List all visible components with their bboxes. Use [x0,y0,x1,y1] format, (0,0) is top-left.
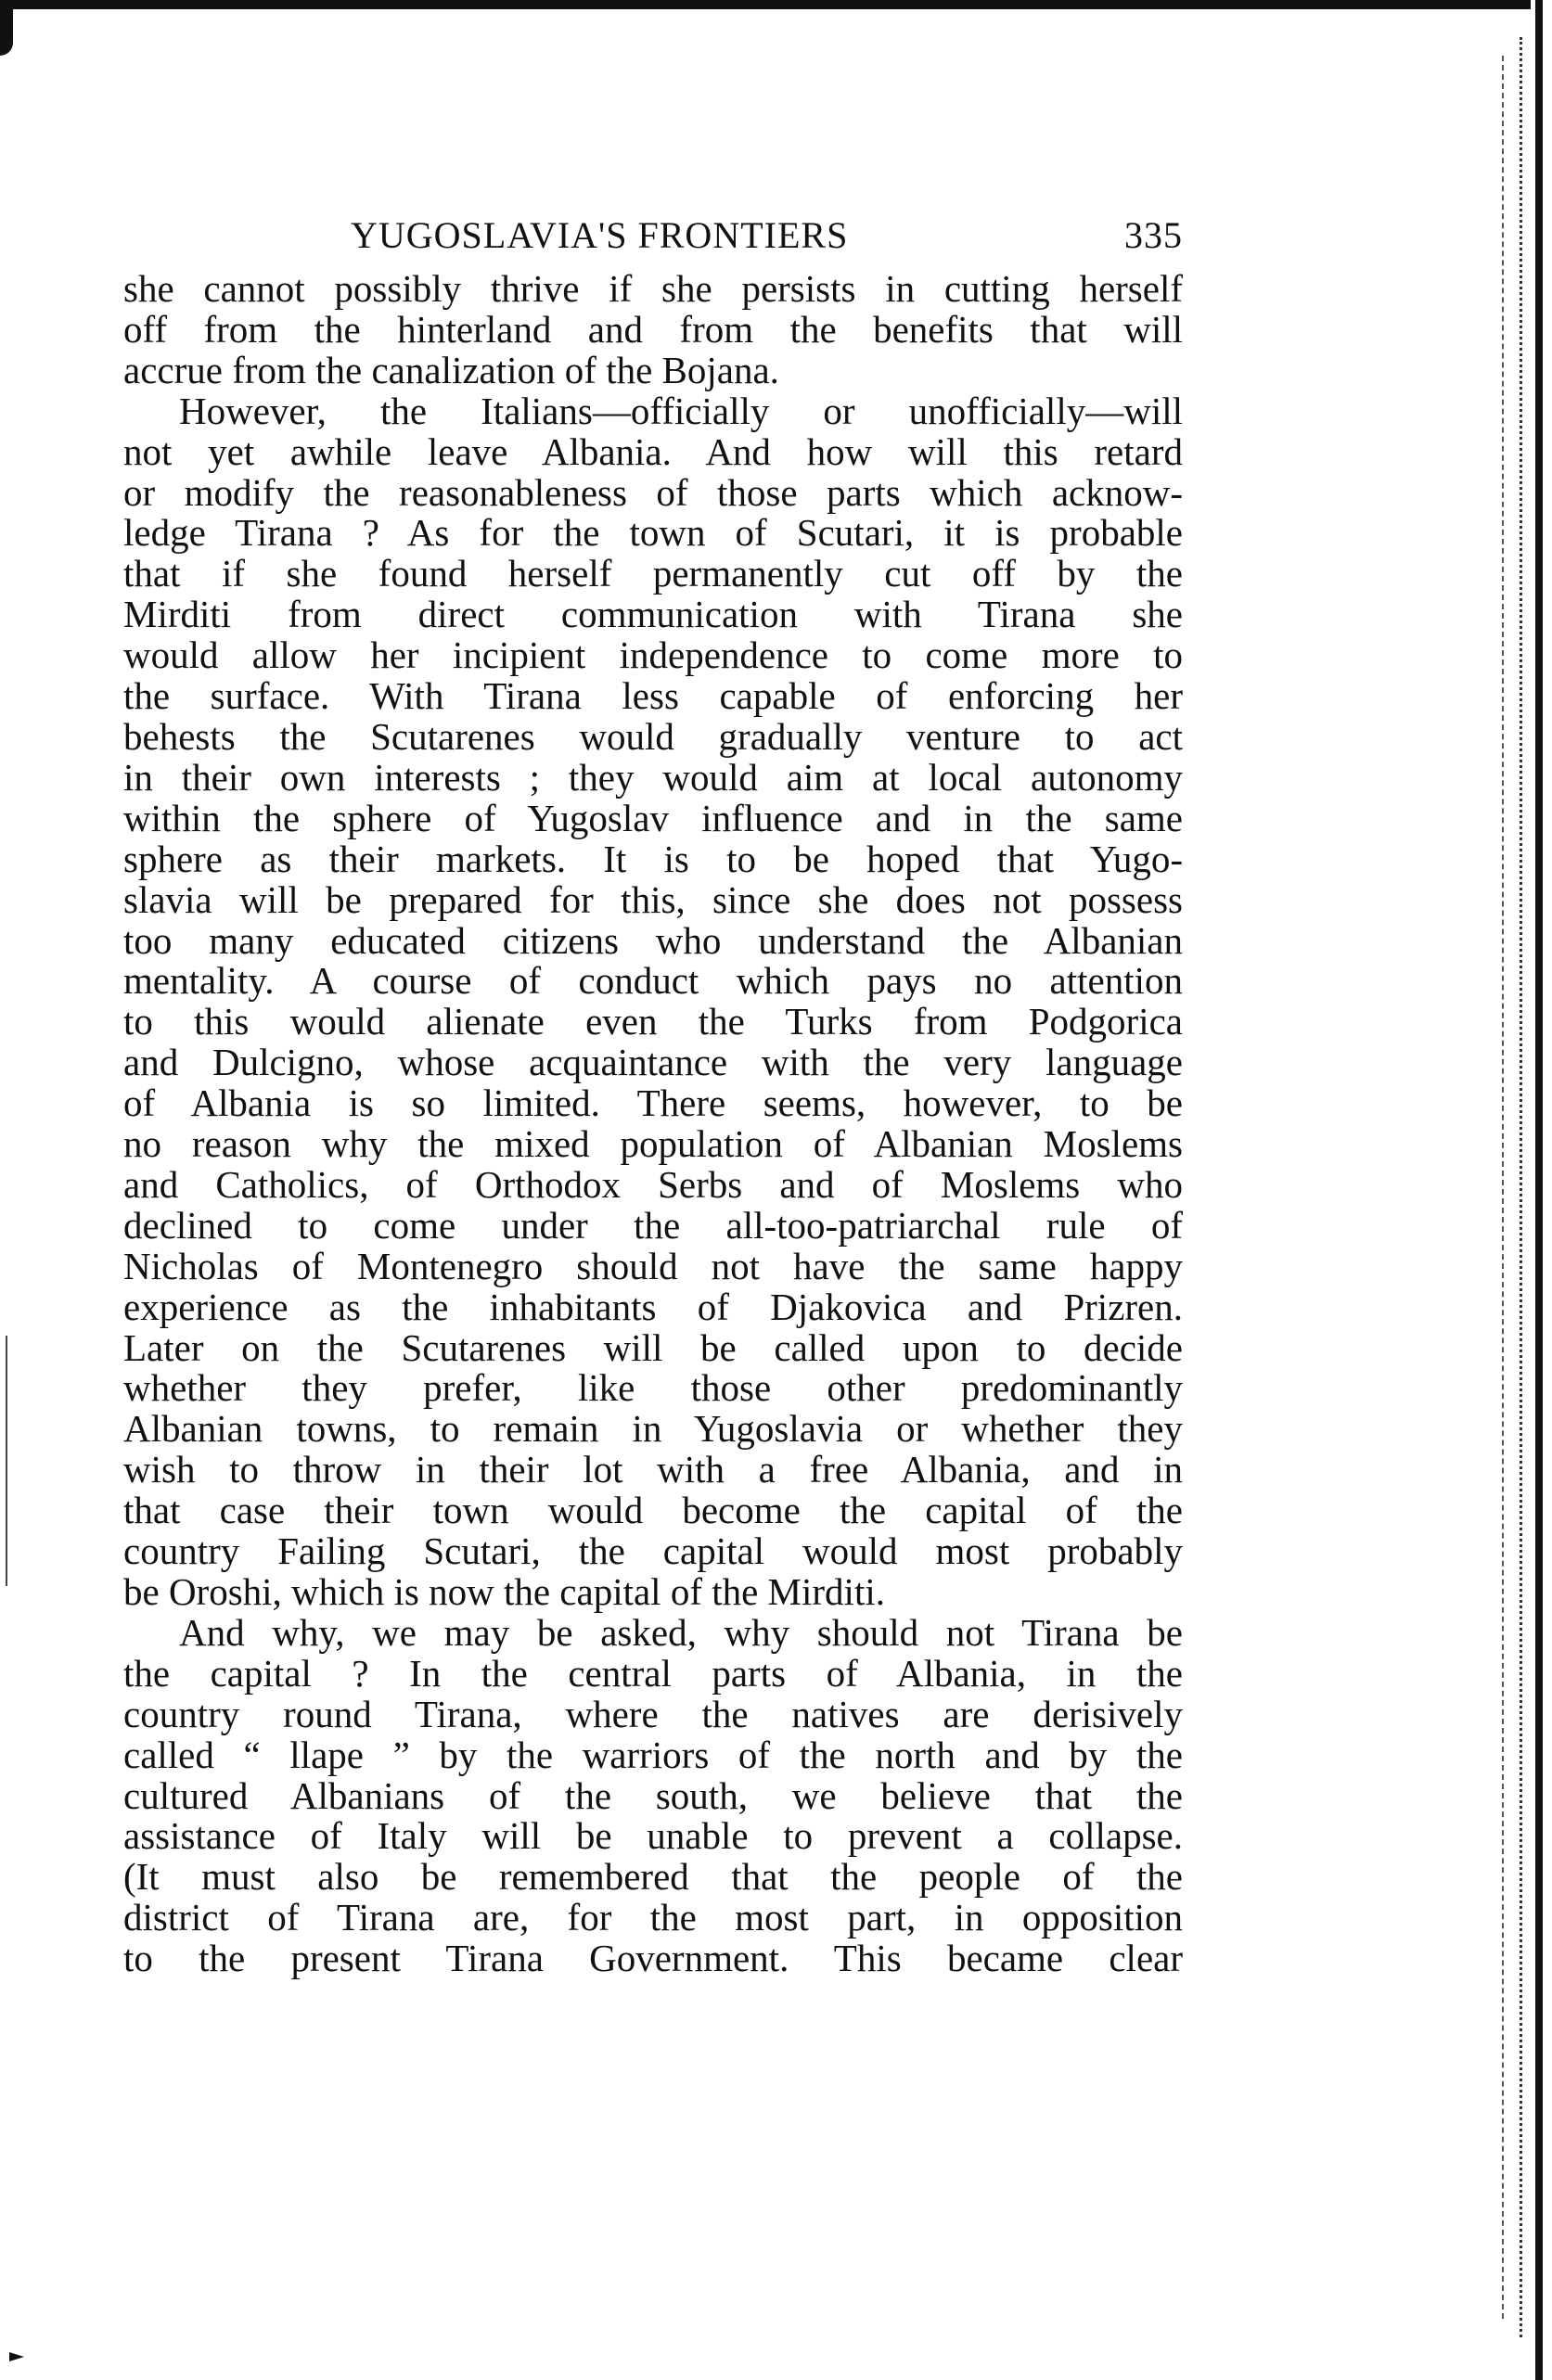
text-line: country round Tirana, where the natives … [123,1695,1183,1735]
text-line: sphere as their markets. It is to be hop… [123,839,1183,880]
page-number: 335 [1124,213,1183,257]
paragraph: However, the Italians—officially or unof… [123,391,1183,1613]
text-line: experience as the inhabitants of Djakovi… [123,1287,1183,1328]
text-line: in their own interests ; they would aim … [123,758,1183,799]
text-line: country Failing Scutari, the capital wou… [123,1531,1183,1572]
text-line: the surface. With Tirana less capable of… [123,676,1183,717]
text-line: be Oroshi, which is now the capital of t… [123,1572,1183,1613]
text-line: to the present Tirana Government. This b… [123,1939,1183,1979]
text-line: whether they prefer, like those other pr… [123,1368,1183,1409]
text-line: and Dulcigno, whose acquaintance with th… [123,1043,1183,1083]
text-line: she cannot possibly thrive if she persis… [123,269,1183,310]
text-line: district of Tirana are, for the most par… [123,1898,1183,1939]
scan-right-edge [1535,0,1543,2380]
text-line: Nicholas of Montenegro should not have t… [123,1247,1183,1287]
text-line: (It must also be remembered that the peo… [123,1857,1183,1898]
scan-page-edges [1520,37,1526,2337]
text-line: slavia will be prepared for this, since … [123,880,1183,921]
text-line: accrue from the canalization of the Boja… [123,351,1183,391]
text-line: and Catholics, of Orthodox Serbs and of … [123,1165,1183,1206]
text-line: would allow her incipient independence t… [123,635,1183,676]
text-line: not yet awhile leave Albania. And how wi… [123,432,1183,473]
scan-page-edges-inner [1502,56,1507,2319]
text-line: within the sphere of Yugoslav influence … [123,799,1183,839]
book-page: YUGOSLAVIA'S FRONTIERS 335 she cannot po… [123,195,1183,1979]
text-line: off from the hinterland and from the ben… [123,310,1183,351]
text-line: However, the Italians—officially or unof… [123,391,1183,432]
text-line: Mirditi from direct communication with T… [123,595,1183,635]
scan-page-curl [0,0,13,56]
text-line: cultured Albanians of the south, we beli… [123,1776,1183,1817]
text-line: behests the Scutarenes would gradually v… [123,717,1183,758]
scan-corner-mark [9,2352,24,2361]
text-line: called “ llape ” by the warriors of the … [123,1735,1183,1776]
paragraph: And why, we may be asked, why should not… [123,1613,1183,1979]
body-text: she cannot possibly thrive if she persis… [123,269,1183,1979]
scan-left-mark [6,1336,7,1586]
text-line: no reason why the mixed population of Al… [123,1124,1183,1165]
text-line: And why, we may be asked, why should not… [123,1613,1183,1654]
text-line: or modify the reasonableness of those pa… [123,473,1183,514]
text-line: that case their town would become the ca… [123,1491,1183,1531]
text-line: mentality. A course of conduct which pay… [123,961,1183,1002]
text-line: wish to throw in their lot with a free A… [123,1450,1183,1491]
text-line: assistance of Italy will be unable to pr… [123,1816,1183,1857]
scan-top-edge [0,0,1531,9]
running-head: YUGOSLAVIA'S FRONTIERS 335 [123,195,1183,269]
text-line: declined to come under the all-too-patri… [123,1206,1183,1247]
running-title: YUGOSLAVIA'S FRONTIERS [351,213,848,257]
text-line: Later on the Scutarenes will be called u… [123,1328,1183,1369]
text-line: ledge Tirana ? As for the town of Scutar… [123,513,1183,554]
paragraph: she cannot possibly thrive if she persis… [123,269,1183,391]
text-line: too many educated citizens who understan… [123,921,1183,962]
text-line: of Albania is so limited. There seems, h… [123,1083,1183,1124]
text-line: Albanian towns, to remain in Yugoslavia … [123,1409,1183,1450]
text-line: that if she found herself permanently cu… [123,554,1183,595]
text-line: to this would alienate even the Turks fr… [123,1002,1183,1043]
text-line: the capital ? In the central parts of Al… [123,1654,1183,1695]
